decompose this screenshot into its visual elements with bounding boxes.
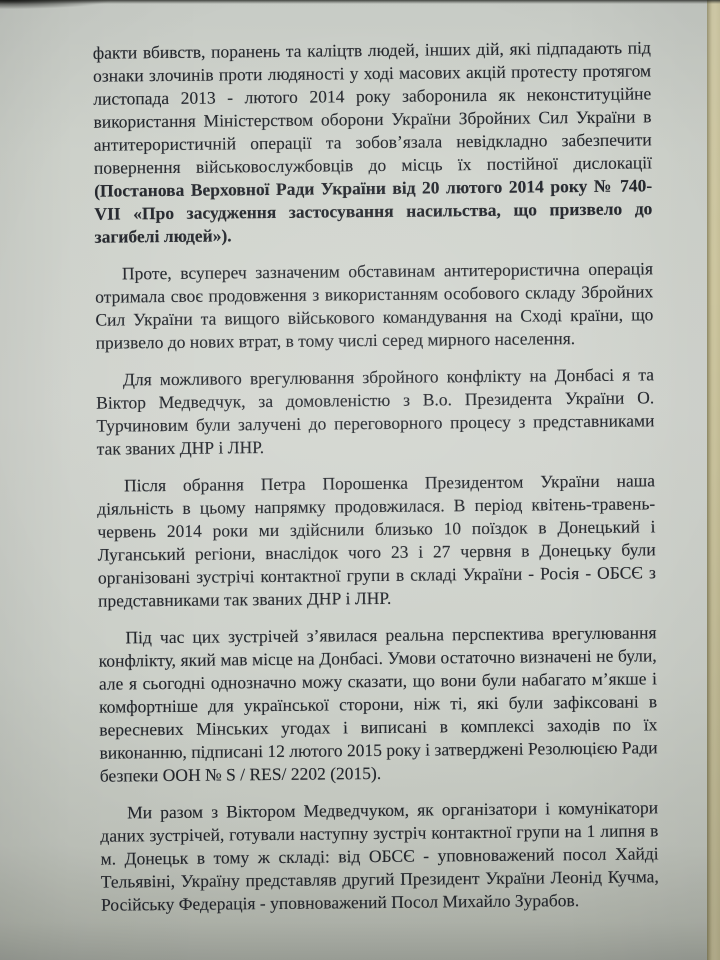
- photo-top-left-dark-corner: [0, 0, 110, 9]
- paragraph: Проте, всупереч зазначеним обставинам ан…: [95, 257, 654, 354]
- paper-stack-edge: [707, 0, 720, 960]
- resolution-citation-bold: (Постанова Верховної Ради України від 20…: [94, 175, 652, 246]
- paragraph-continuation: факти вбивств, поранень та каліцтв людей…: [93, 36, 653, 248]
- document-text: факти вбивств, поранень та каліцтв людей…: [93, 36, 660, 930]
- paragraph: Після обрання Петра Порошенка Президенто…: [97, 469, 656, 612]
- paragraph: Для можливого врегулювання збройного кон…: [96, 363, 655, 460]
- paragraph-text: факти вбивств, поранень та каліцтв людей…: [93, 37, 652, 177]
- document-photo: факти вбивств, поранень та каліцтв людей…: [0, 0, 720, 960]
- paragraph: Ми разом з Віктором Медведчуком, як орга…: [100, 796, 659, 916]
- paragraph: Під час цих зустрічей з’явилася реальна …: [98, 621, 658, 787]
